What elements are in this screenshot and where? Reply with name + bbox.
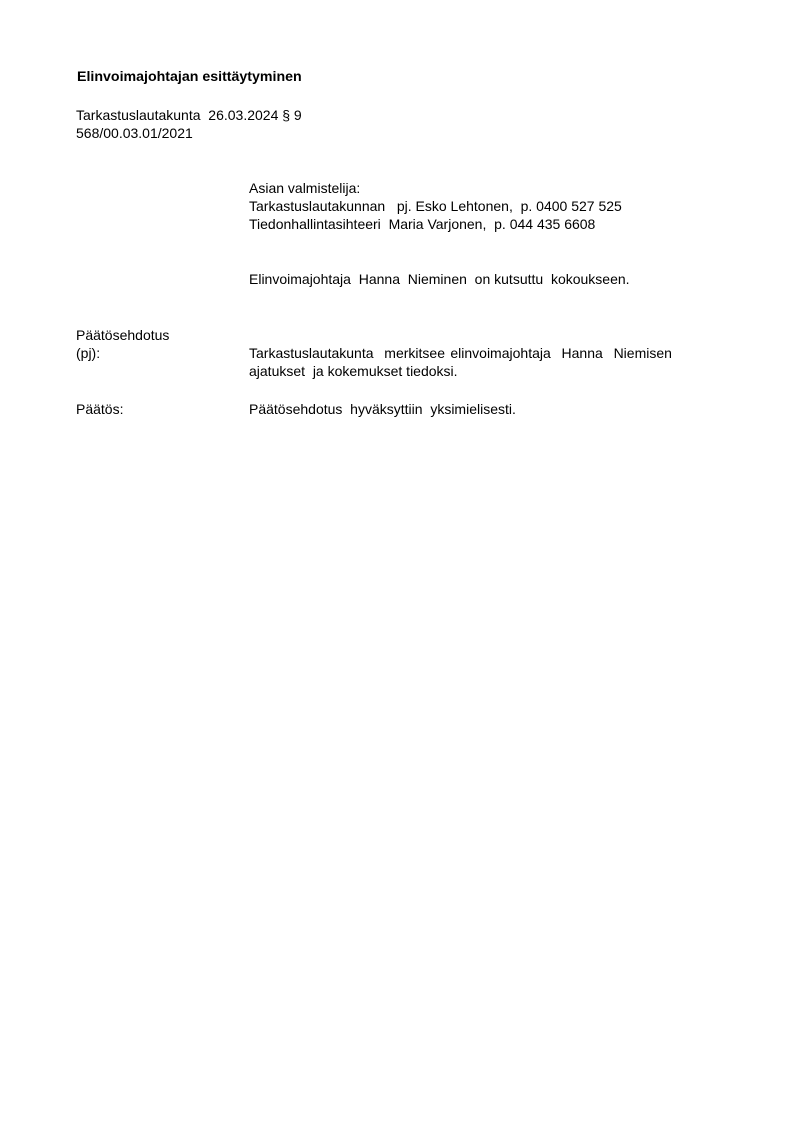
- body-paragraph: Elinvoimajohtaja Hanna Nieminen on kutsu…: [249, 270, 630, 288]
- proposal-label-suffix: (pj):: [76, 344, 100, 362]
- decision-text: Päätösehdotus hyväksyttiin yksimielisest…: [249, 400, 516, 418]
- record-number: 568/00.03.01/2021: [76, 124, 193, 142]
- preparer-line: Tarkastuslautakunnan pj. Esko Lehtonen, …: [249, 197, 622, 215]
- preparer-label: Asian valmistelija:: [249, 179, 360, 197]
- decision-label: Päätös:: [76, 400, 123, 418]
- preparer-line: Tiedonhallintasihteeri Maria Varjonen, p…: [249, 215, 595, 233]
- meeting-line: Tarkastuslautakunta 26.03.2024 § 9: [76, 106, 302, 124]
- document-title: Elinvoimajohtajan esittäytyminen: [77, 68, 302, 86]
- proposal-text: Tarkastuslautakunta merkitsee elinvoimaj…: [249, 344, 672, 362]
- proposal-label: Päätösehdotus: [76, 326, 169, 344]
- proposal-text: ajatukset ja kokemukset tiedoksi.: [249, 362, 458, 380]
